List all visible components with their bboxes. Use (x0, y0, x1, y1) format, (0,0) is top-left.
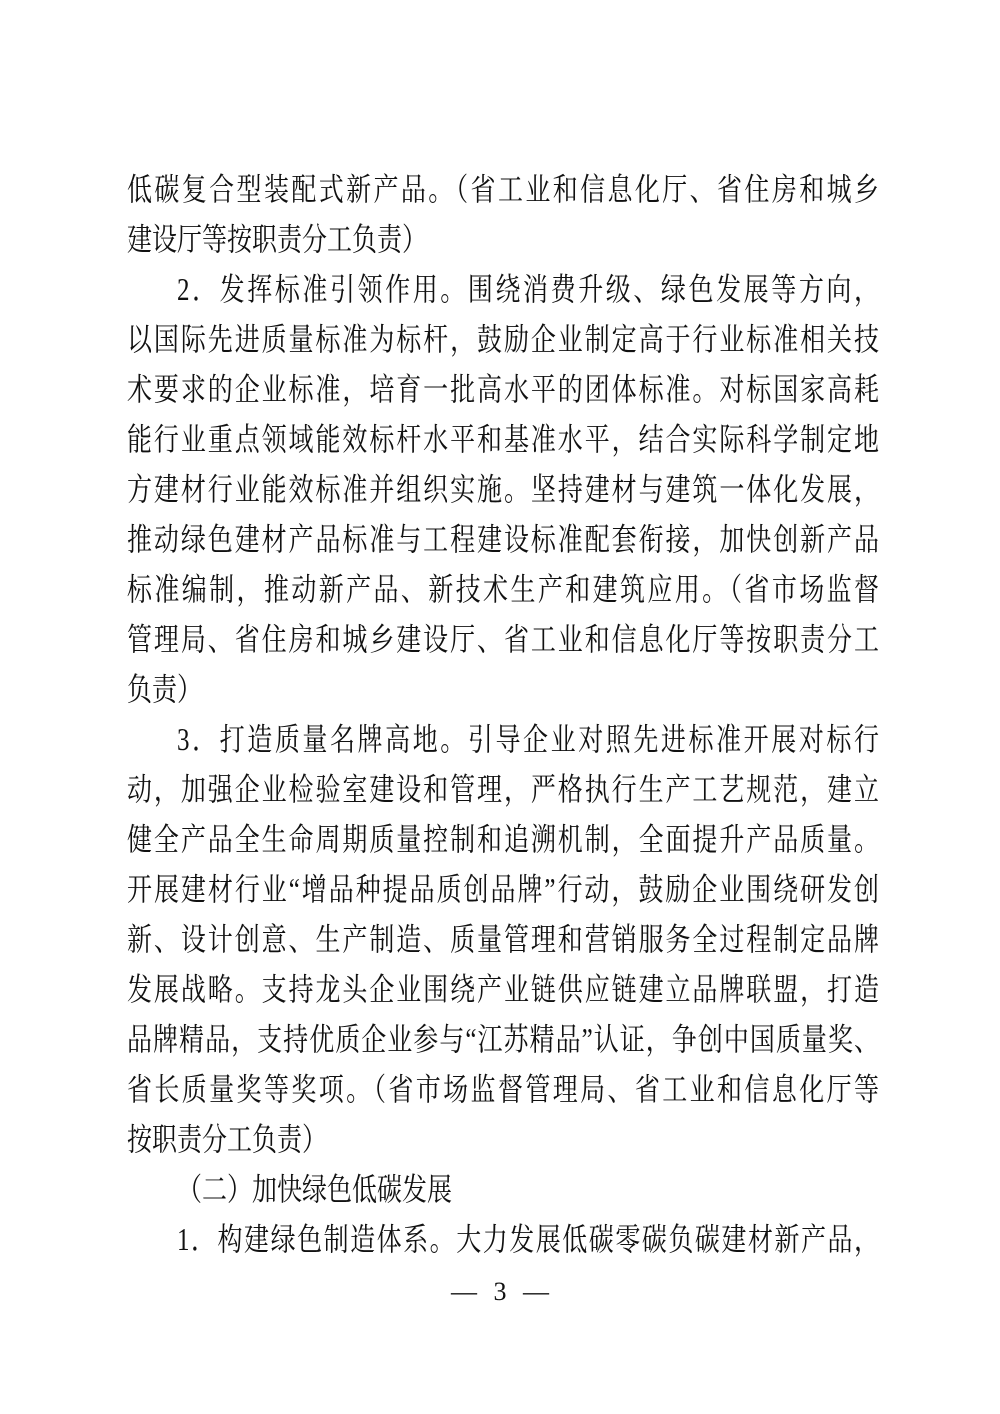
paragraph-line: 1．构建绿色制造体系。大力发展低碳零碳负碳建材新产品， (127, 1210, 879, 1273)
page-number-footer: — 3 — (0, 1272, 1000, 1312)
document-body: 低碳复合型装配式新产品。（省工业和信息化厅、省住房和城乡 建设厅等按职责分工负责… (127, 166, 879, 1266)
document-page: 低碳复合型装配式新产品。（省工业和信息化厅、省住房和城乡 建设厅等按职责分工负责… (0, 0, 1000, 1414)
